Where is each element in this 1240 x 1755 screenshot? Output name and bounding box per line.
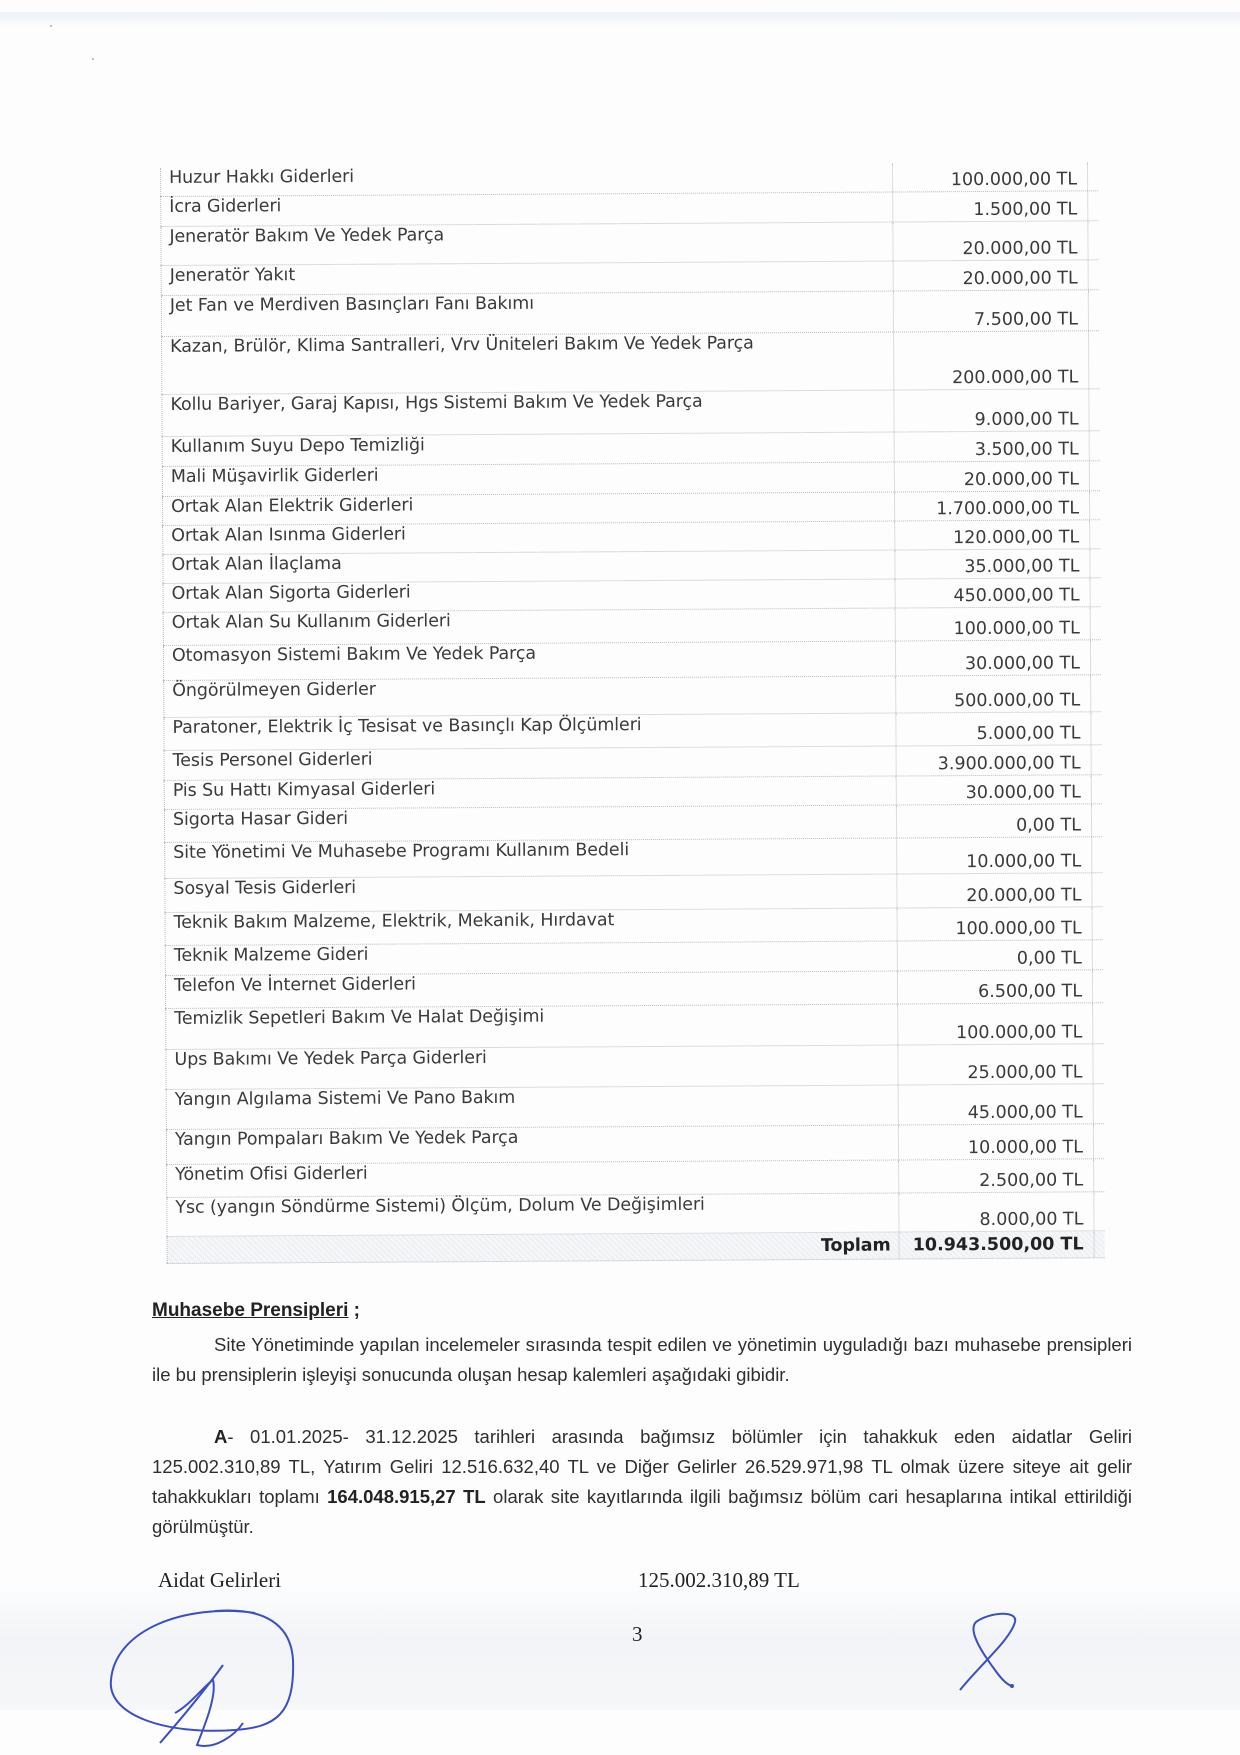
- expense-value: 0,00 TL: [898, 940, 1093, 970]
- table-row: Jet Fan ve Merdiven Basınçları Fanı Bakı…: [161, 290, 1099, 337]
- expense-value: 35.000,00 TL: [895, 549, 1090, 578]
- expense-value: 100.000,00 TL: [898, 1003, 1093, 1044]
- expense-value: 10.000,00 TL: [897, 837, 1092, 873]
- expense-value: 45.000,00 TL: [899, 1084, 1094, 1124]
- expense-label: Ortak Alan Su Kullanım Giderleri: [163, 609, 896, 645]
- expense-value: 9.000,00 TL: [894, 389, 1089, 431]
- expense-label: Mali Müşavirlik Giderleri: [162, 463, 895, 496]
- signature-right-icon: [940, 1610, 1050, 1710]
- expense-value: 20.000,00 TL: [893, 221, 1088, 260]
- expense-value: 20.000,00 TL: [895, 461, 1090, 491]
- expense-label: Pis Su Hattı Kimyasal Giderleri: [164, 777, 897, 809]
- item-a-marker: A: [214, 1426, 227, 1447]
- income-value: 125.002.310,89 TL: [638, 1568, 800, 1593]
- item-a-total: 164.048.915,27 TL: [327, 1486, 486, 1507]
- expense-label: Ortak Alan İlaçlama: [162, 551, 895, 583]
- table-row: Ysc (yangın Söndürme Sistemi) Ölçüm, Dol…: [166, 1192, 1104, 1237]
- table-row: Temizlik Sepetleri Bakım Ve Halat Değişi…: [165, 1003, 1103, 1050]
- expense-value: 30.000,00 TL: [896, 640, 1091, 675]
- expense-label: Teknik Bakım Malzeme, Elektrik, Mekanik,…: [165, 909, 898, 945]
- expense-label: Teknik Malzeme Gideri: [165, 942, 898, 975]
- scan-speck: [50, 25, 52, 27]
- expense-value: 120.000,00 TL: [895, 520, 1090, 549]
- expense-label: Jet Fan ve Merdiven Basınçları Fanı Bakı…: [161, 292, 894, 336]
- expense-table: Huzur Hakkı Giderleri100.000,00 TLİcra G…: [160, 162, 1105, 1264]
- expense-label: Temizlik Sepetleri Bakım Ve Halat Değişi…: [165, 1005, 898, 1049]
- principles-intro: Site Yönetiminde yapılan incelemeler sır…: [152, 1330, 1132, 1390]
- expense-label: Sosyal Tesis Giderleri: [164, 875, 897, 912]
- expense-label: Paratoner, Elektrik İç Tesisat ve Basınç…: [163, 714, 896, 750]
- section-heading-text: Muhasebe Prensipleri: [152, 1300, 348, 1321]
- principles-item-a: A- 01.01.2025- 31.12.2025 tarihleri aras…: [152, 1422, 1132, 1542]
- expense-label: Tesis Personel Giderleri: [164, 747, 897, 780]
- expense-value: 2.500,00 TL: [899, 1159, 1094, 1192]
- table-row: Jeneratör Bakım Ve Yedek Parça20.000,00 …: [160, 221, 1098, 266]
- expense-label: Öngörülmeyen Giderler: [163, 677, 896, 717]
- expense-label: Kullanım Suyu Depo Temizliği: [162, 433, 895, 466]
- income-label: Aidat Gelirleri: [158, 1568, 281, 1593]
- expense-value: 500.000,00 TL: [896, 675, 1091, 712]
- expense-label: Ortak Alan Isınma Giderleri: [162, 522, 895, 554]
- expense-label: Sigorta Hasar Gideri: [164, 806, 897, 842]
- section-heading-suffix: ;: [348, 1300, 360, 1321]
- expense-label: Huzur Hakkı Giderleri: [160, 164, 893, 196]
- expense-value: 20.000,00 TL: [897, 873, 1092, 907]
- table-row: Site Yönetimi Ve Muhasebe Programı Kulla…: [164, 837, 1102, 879]
- expense-value: 25.000,00 TL: [898, 1044, 1093, 1084]
- table-row: Yangın Algılama Sistemi Ve Pano Bakım45.…: [166, 1084, 1104, 1130]
- expense-label: Ups Bakımı Ve Yedek Parça Giderleri: [165, 1046, 898, 1089]
- expense-value: 450.000,00 TL: [896, 578, 1091, 607]
- expense-value: 1.500,00 TL: [893, 191, 1088, 221]
- expense-value: 10.000,00 TL: [899, 1124, 1094, 1159]
- expense-label: Kollu Bariyer, Garaj Kapısı, Hgs Sistemi…: [161, 391, 894, 436]
- expense-label: İcra Giderleri: [160, 193, 893, 226]
- page-number: 3: [632, 1622, 643, 1647]
- expense-value: 100.000,00 TL: [896, 607, 1091, 640]
- expense-label: Jeneratör Yakıt: [161, 262, 894, 295]
- total-label: Toplam: [167, 1233, 900, 1263]
- table-row: Kazan, Brülör, Klima Santralleri, Vrv Ün…: [161, 331, 1099, 395]
- expense-value: 8.000,00 TL: [899, 1192, 1094, 1231]
- expense-label: Otomasyon Sistemi Bakım Ve Yedek Parça: [163, 642, 896, 680]
- table-row: Sosyal Tesis Giderleri20.000,00 TL: [164, 873, 1102, 913]
- scan-edge-top: [0, 12, 1240, 26]
- expense-value: 5.000,00 TL: [896, 712, 1091, 745]
- expense-value: 30.000,00 TL: [897, 775, 1092, 804]
- expense-value: 6.500,00 TL: [898, 970, 1093, 1003]
- expense-value: 3.500,00 TL: [895, 431, 1090, 461]
- section-heading: Muhasebe Prensipleri ;: [152, 1300, 360, 1322]
- expense-value: 100.000,00 TL: [893, 162, 1088, 191]
- expense-value: 20.000,00 TL: [894, 260, 1089, 290]
- expense-value: 1.700.000,00 TL: [895, 491, 1090, 520]
- expense-value: 100.000,00 TL: [898, 907, 1093, 940]
- total-value: 10.943.500,00 TL: [900, 1231, 1095, 1258]
- expense-label: Yangın Algılama Sistemi Ve Pano Bakım: [166, 1086, 899, 1129]
- expense-label: Ysc (yangın Söndürme Sistemi) Ölçüm, Dol…: [166, 1194, 899, 1236]
- expense-label: Site Yönetimi Ve Muhasebe Programı Kulla…: [164, 839, 897, 878]
- expense-label: Yönetim Ofisi Giderleri: [166, 1161, 899, 1197]
- table-row: Öngörülmeyen Giderler500.000,00 TL: [163, 675, 1101, 718]
- table-row: Kollu Bariyer, Garaj Kapısı, Hgs Sistemi…: [161, 389, 1099, 437]
- expense-value: 3.900.000,00 TL: [897, 745, 1092, 775]
- signature-left-icon: [105, 1595, 395, 1755]
- expense-label: Ortak Alan Elektrik Giderleri: [162, 493, 895, 525]
- total-row: Toplam10.943.500,00 TL: [167, 1231, 1105, 1264]
- expense-label: Kazan, Brülör, Klima Santralleri, Vrv Ün…: [161, 333, 894, 394]
- expense-value: 0,00 TL: [897, 804, 1092, 837]
- expense-label: Jeneratör Bakım Ve Yedek Parça: [160, 223, 893, 265]
- table-row: Otomasyon Sistemi Bakım Ve Yedek Parça30…: [163, 640, 1101, 681]
- expense-label: Yangın Pompaları Bakım Ve Yedek Parça: [166, 1126, 899, 1164]
- expense-label: Ortak Alan Sigorta Giderleri: [163, 580, 896, 612]
- table-row: Ups Bakımı Ve Yedek Parça Giderleri25.00…: [165, 1044, 1103, 1090]
- table-row: Yangın Pompaları Bakım Ve Yedek Parça10.…: [166, 1124, 1104, 1165]
- scan-speck: [92, 58, 94, 60]
- expense-value: 200.000,00 TL: [894, 331, 1089, 389]
- expense-value: 7.500,00 TL: [894, 290, 1089, 331]
- expense-label: Telefon Ve İnternet Giderleri: [165, 972, 898, 1008]
